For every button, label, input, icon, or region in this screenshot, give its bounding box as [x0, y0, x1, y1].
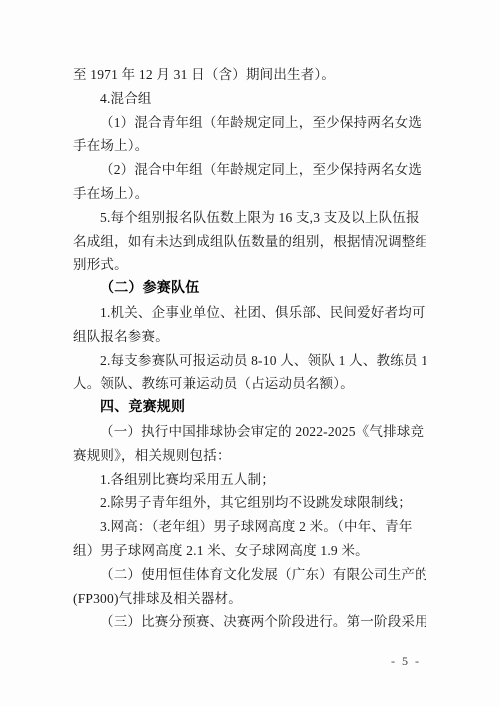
text-line: 别形式。 — [73, 253, 426, 277]
text-line: 至 1971 年 12 月 31 日（含）期间出生者）。 — [73, 63, 426, 87]
text-line: 2.每支参赛队可报运动员 8-10 人、领队 1 人、教练员 1 — [73, 349, 426, 373]
text-line: （二）使用恒佳体育文化发展（广东）有限公司生产的 — [73, 563, 426, 587]
text-line: 组队报名参赛。 — [73, 325, 426, 349]
text-line: 1.各组别比赛均采用五人制； — [73, 468, 426, 492]
text-line: 手在场上）。 — [73, 134, 426, 158]
text-line: 手在场上）。 — [73, 182, 426, 206]
section-heading: （二）参赛队伍 — [73, 277, 426, 301]
page-number: - 5 - — [391, 654, 421, 669]
text-line: 4.混合组 — [73, 87, 426, 111]
text-line: 3.网高：（老年组）男子球网高度 2 米。（中年、青年 — [73, 515, 426, 539]
text-line: 名成组，如有未达到成组队伍数量的组别，根据情况调整组 — [73, 230, 426, 254]
text-line: 1.机关、企事业单位、社团、俱乐部、民间爱好者均可 — [73, 301, 426, 325]
text-line: （三）比赛分预赛、决赛两个阶段进行。第一阶段采用 — [73, 610, 426, 634]
text-line: （一）执行中国排球协会审定的 2022-2025《气排球竞 — [73, 420, 426, 444]
text-line: 2.除男子青年组外，其它组别均不设跳发球限制线； — [73, 491, 426, 515]
text-line: （2）混合中年组（年龄规定同上，至少保持两名女选 — [73, 158, 426, 182]
text-line: 组）男子球网高度 2.1 米、女子球网高度 1.9 米。 — [73, 539, 426, 563]
document-page: 至 1971 年 12 月 31 日（含）期间出生者）。 4.混合组 （1）混合… — [0, 0, 500, 706]
section-heading: 四、竞赛规则 — [73, 396, 426, 420]
text-line: 赛规则》，相关规则包括： — [73, 444, 426, 468]
text-line: 人。领队、教练可兼运动员（占运动员名额）。 — [73, 372, 426, 396]
text-line: 5.每个组别报名队伍数上限为 16 支,3 支及以上队伍报 — [73, 206, 426, 230]
text-line: （1）混合青年组（年龄规定同上，至少保持两名女选 — [73, 111, 426, 135]
text-line: (FP300)气排球及相关器材。 — [73, 587, 426, 611]
document-body: 至 1971 年 12 月 31 日（含）期间出生者）。 4.混合组 （1）混合… — [73, 63, 426, 634]
